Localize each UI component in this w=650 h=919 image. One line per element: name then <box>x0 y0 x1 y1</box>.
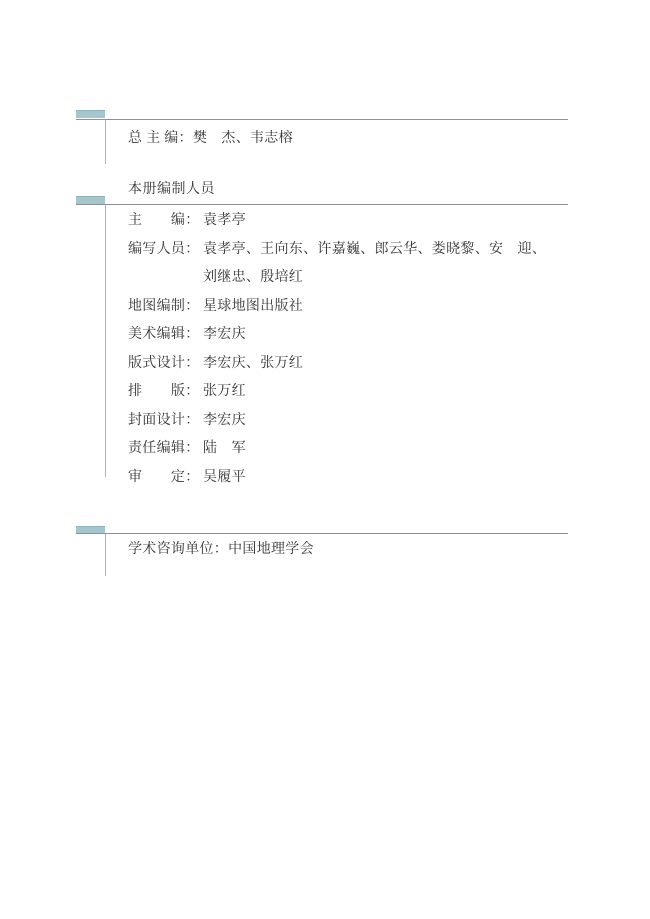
credit-row-value: 刘继忠、殷培红 <box>203 270 303 285</box>
advisor-label: 学术咨询单位： <box>128 542 228 557</box>
credit-row: 美术编辑：李宏庆 <box>128 321 588 350</box>
credit-row-value: 李宏庆、张万红 <box>203 356 303 371</box>
credit-row-label: 责任编辑： <box>128 435 203 464</box>
chief-editor-label: 总 主 编： <box>128 131 193 146</box>
credit-row-label: 排 版： <box>128 378 203 407</box>
credit-row-label: 地图编制： <box>128 293 203 322</box>
credit-row-value: 袁孝亭、王向东、许嘉巍、郎云华、娄晓黎、安 迎、 <box>203 242 546 257</box>
credit-row: 地图编制：星球地图出版社 <box>128 293 588 322</box>
credit-row-value: 李宏庆 <box>203 327 246 342</box>
credit-row-value: 陆 军 <box>203 441 246 456</box>
credit-row-value: 星球地图出版社 <box>203 299 303 314</box>
chief-editor-line: 总 主 编：樊 杰、韦志榕 <box>128 130 293 148</box>
advisor-line: 学术咨询单位：中国地理学会 <box>128 541 314 559</box>
credit-row-value: 张万红 <box>203 384 246 399</box>
credit-row-label: 封面设计： <box>128 407 203 436</box>
credit-row: 主 编：袁孝亭 <box>128 207 588 236</box>
credit-row-continuation: 刘继忠、殷培红 <box>128 264 588 293</box>
section-rule <box>76 533 568 534</box>
page: 总 主 编：樊 杰、韦志榕 本册编制人员 主 编：袁孝亭 编写人员：袁孝亭、王向… <box>0 0 650 919</box>
credit-row: 封面设计：李宏庆 <box>128 407 588 436</box>
section-rule <box>76 204 568 205</box>
credit-row: 版式设计：李宏庆、张万红 <box>128 350 588 379</box>
credit-row-label: 版式设计： <box>128 350 203 379</box>
accent-rect <box>76 110 105 118</box>
credit-row: 责任编辑：陆 军 <box>128 435 588 464</box>
credit-row-label: 审 定： <box>128 464 203 493</box>
advisor-value: 中国地理学会 <box>228 542 314 557</box>
credit-row: 审 定：吴履平 <box>128 464 588 493</box>
credit-row: 编写人员：袁孝亭、王向东、许嘉巍、郎云华、娄晓黎、安 迎、 <box>128 236 588 265</box>
section-vline <box>105 534 106 576</box>
credits-list: 主 编：袁孝亭 编写人员：袁孝亭、王向东、许嘉巍、郎云华、娄晓黎、安 迎、 刘继… <box>128 207 588 492</box>
section-rule <box>76 119 568 120</box>
credit-row-label: 美术编辑： <box>128 321 203 350</box>
credit-row-value: 吴履平 <box>203 470 246 485</box>
chief-editor-value: 樊 杰、韦志榕 <box>193 131 293 146</box>
credit-row-label: 主 编： <box>128 207 203 236</box>
staff-section-heading: 本册编制人员 <box>128 182 215 198</box>
section-vline <box>105 120 106 164</box>
accent-rect <box>76 196 105 204</box>
credit-row-value: 李宏庆 <box>203 413 246 428</box>
credit-row: 排 版：张万红 <box>128 378 588 407</box>
section-vline <box>105 205 106 477</box>
credit-row-label: 编写人员： <box>128 236 203 265</box>
credit-row-value: 袁孝亭 <box>203 213 246 228</box>
